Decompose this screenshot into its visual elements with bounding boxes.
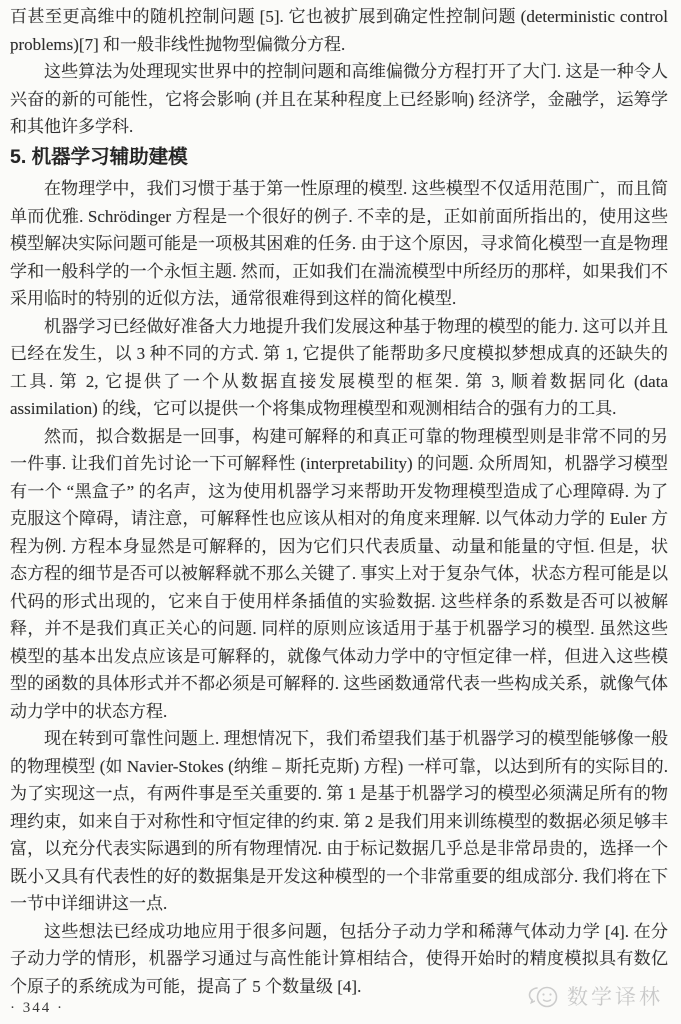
paragraph: 现在转到可靠性问题上. 理想情况下，我们希望我们基于机器学习的模型能够像一般的物… bbox=[10, 725, 668, 918]
document-page: 百甚至更高维中的随机控制问题 [5]. 它也被扩展到确定性控制问题 (deter… bbox=[0, 0, 681, 1024]
wechat-account-logo-icon bbox=[527, 983, 561, 1009]
paragraph: 在物理学中，我们习惯于基于第一性原理的模型. 这些模型不仅适用范围广，而且简单而… bbox=[10, 175, 668, 313]
paragraph: 机器学习已经做好准备大力地提升我们发展这种基于物理的模型的能力. 这可以并且已经… bbox=[10, 313, 668, 423]
article-body: 百甚至更高维中的随机控制问题 [5]. 它也被扩展到确定性控制问题 (deter… bbox=[10, 3, 668, 1000]
paragraph-continuation: 百甚至更高维中的随机控制问题 [5]. 它也被扩展到确定性控制问题 (deter… bbox=[10, 3, 668, 58]
section-heading: 5. 机器学习辅助建模 bbox=[10, 144, 668, 172]
page-number: · 344 · bbox=[10, 1000, 64, 1017]
paragraph: 这些算法为处理现实世界中的控制问题和高维偏微分方程打开了大门. 这是一种令人兴奋… bbox=[10, 58, 668, 141]
watermark: 数学译林 bbox=[527, 981, 663, 1011]
paragraph: 然而，拟合数据是一回事，构建可解释的和真正可靠的物理模型则是非常不同的另一件事.… bbox=[10, 423, 668, 726]
watermark-text: 数学译林 bbox=[567, 981, 663, 1011]
